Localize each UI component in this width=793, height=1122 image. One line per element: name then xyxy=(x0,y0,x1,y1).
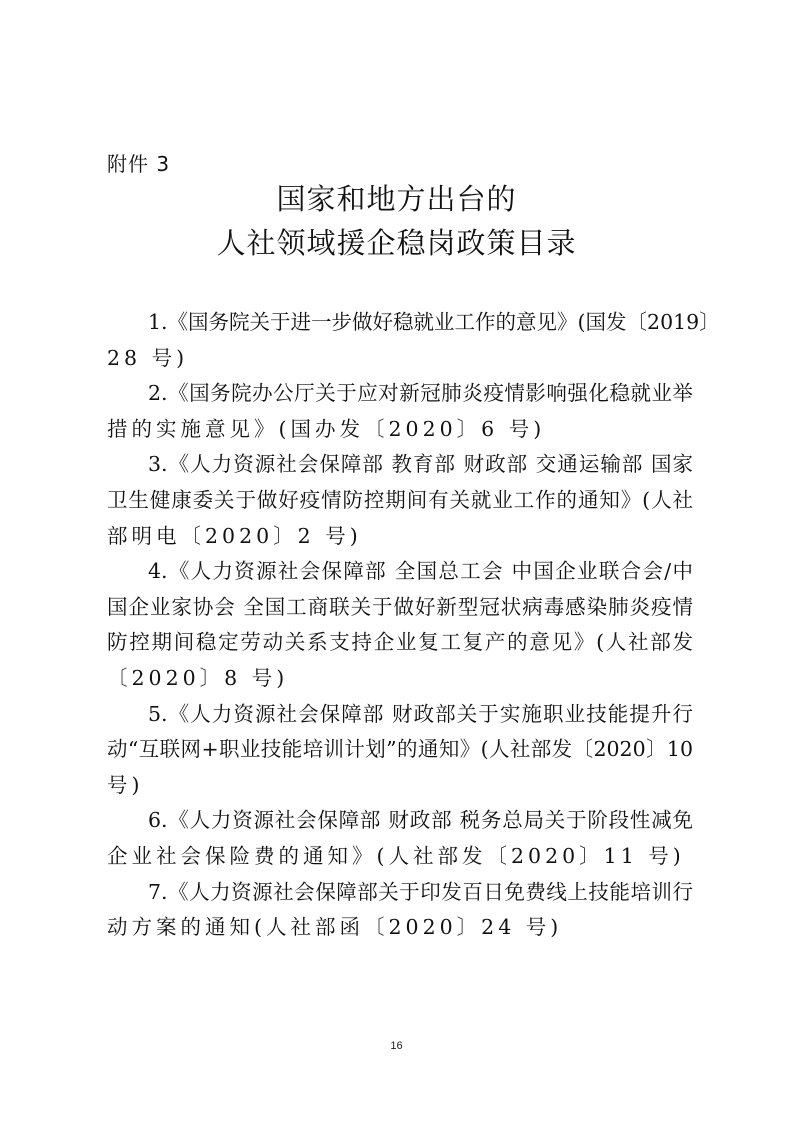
attachment-label: 附件 3 xyxy=(107,148,170,177)
entry-line: 〔2020〕8 号) xyxy=(107,661,693,697)
policy-entry-1: 1.《国务院关于进一步做好稳就业工作的意见》(国发〔2019〕 28 号) xyxy=(107,305,693,376)
entry-line: 国企业家协会 全国工商联关于做好新型冠状病毒感染肺炎疫情 xyxy=(107,590,693,626)
entry-line: 2.《国务院办公厅关于应对新冠肺炎疫情影响强化稳就业举 xyxy=(107,376,693,412)
entry-line: 3.《人力资源社会保障部 教育部 财政部 交通运输部 国家 xyxy=(107,447,693,483)
entry-line: 措的实施意见》(国办发〔2020〕6 号) xyxy=(107,412,693,448)
entry-line: 动方案的通知(人社部函〔2020〕24 号) xyxy=(107,910,693,946)
page-number: 16 xyxy=(0,1040,793,1052)
policy-entry-3: 3.《人力资源社会保障部 教育部 财政部 交通运输部 国家 卫生健康委关于做好疫… xyxy=(107,447,693,554)
policy-entry-6: 6.《人力资源社会保障部 财政部 税务总局关于阶段性减免 企业社会保险费的通知》… xyxy=(107,803,693,874)
entry-line: 4.《人力资源社会保障部 全国总工会 中国企业联合会/中 xyxy=(107,554,693,590)
policy-entry-7: 7.《人力资源社会保障部关于印发百日免费线上技能培训行 动方案的通知(人社部函〔… xyxy=(107,875,693,946)
policy-entry-2: 2.《国务院办公厅关于应对新冠肺炎疫情影响强化稳就业举 措的实施意见》(国办发〔… xyxy=(107,376,693,447)
entry-line: 号) xyxy=(107,768,693,804)
policy-entry-5: 5.《人力资源社会保障部 财政部关于实施职业技能提升行 动“互联网+职业技能培训… xyxy=(107,697,693,804)
policy-list: 1.《国务院关于进一步做好稳就业工作的意见》(国发〔2019〕 28 号) 2.… xyxy=(107,305,693,946)
entry-line: 28 号) xyxy=(107,341,693,377)
entry-line: 企业社会保险费的通知》(人社部发〔2020〕11 号) xyxy=(107,839,693,875)
entry-line: 7.《人力资源社会保障部关于印发百日免费线上技能培训行 xyxy=(107,875,693,911)
entry-line: 防控期间稳定劳动关系支持企业复工复产的意见》(人社部发 xyxy=(107,625,693,661)
entry-line: 动“互联网+职业技能培训计划”的通知》(人社部发〔2020〕10 xyxy=(107,732,693,768)
entry-line: 1.《国务院关于进一步做好稳就业工作的意见》(国发〔2019〕 xyxy=(107,305,693,341)
entry-line: 5.《人力资源社会保障部 财政部关于实施职业技能提升行 xyxy=(107,697,693,733)
entry-line: 6.《人力资源社会保障部 财政部 税务总局关于阶段性减免 xyxy=(107,803,693,839)
policy-entry-4: 4.《人力资源社会保障部 全国总工会 中国企业联合会/中 国企业家协会 全国工商… xyxy=(107,554,693,696)
document-title-line-1: 国家和地方出台的 xyxy=(0,177,793,218)
entry-line: 卫生健康委关于做好疫情防控期间有关就业工作的通知》(人社 xyxy=(107,483,693,519)
entry-line: 部明电〔2020〕2 号) xyxy=(107,519,693,555)
document-title-line-2: 人社领域援企稳岗政策目录 xyxy=(0,221,793,262)
